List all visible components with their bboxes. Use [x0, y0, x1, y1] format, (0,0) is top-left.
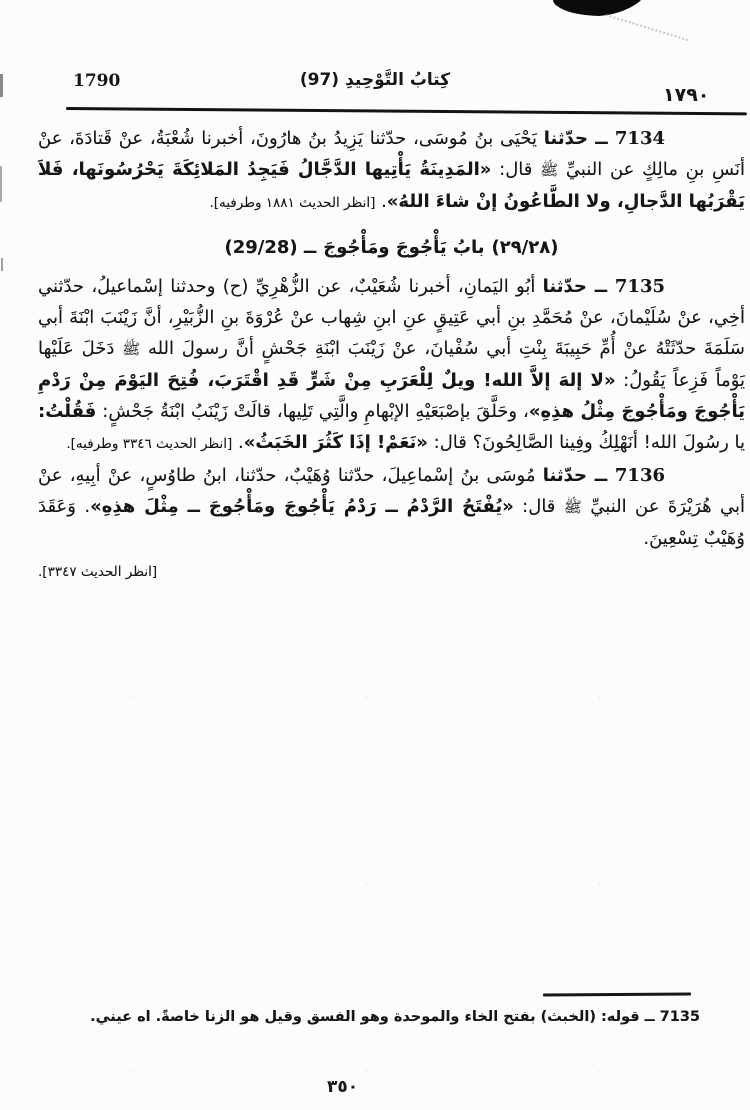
header-book-title: (97) كِتابُ التَّوْحِيدِ [0, 70, 750, 90]
dash: ــ [587, 276, 615, 297]
dash: ــ [588, 128, 615, 149]
header-rule [66, 107, 747, 115]
chapter-title: بابُ يَأْجُوجَ ومَأْجُوجَ [323, 232, 484, 263]
hadith-paragraph-7134: 7134 ــ حدّثنا يَحْيَى بنُ مُوسَى، حدّثن… [38, 123, 745, 219]
matn-text: «يُفْتَحُ الرَّدْمُ ــ رَدْمُ يَأْجُوجَ … [90, 496, 514, 517]
reference-text: [انظر الحديث ١٨٨١ وطرفيه]. [209, 195, 375, 211]
scan-edge-mark [0, 166, 2, 202]
isnad-text: حدّثنا [544, 128, 588, 149]
isnad-text: قال: [491, 159, 540, 180]
chapter-number-latin: (29/28) ــ [225, 232, 317, 263]
chapter-heading: (29/28) ــ بابُ يَأْجُوجَ ومَأْجُوجَ (٢٩… [38, 232, 745, 263]
saw-symbol: ﷺ [540, 161, 558, 179]
hadith-number: 7135 [615, 276, 665, 297]
matn-text: «نَعَمْ! إذَا كَثُرَ الخَبَثُ» [244, 432, 428, 453]
isnad-text: . [232, 432, 243, 453]
reference-line: [انظر الحديث ٣٣٤٧]. [38, 557, 745, 588]
saw-symbol: ﷺ [564, 498, 582, 516]
book-number: (97) [300, 70, 339, 90]
dash: ــ [587, 465, 615, 486]
isnad-text: قال: [514, 496, 564, 517]
footer-page-number: ٣٥٠ [327, 1077, 358, 1097]
isnad-text: ، وحَلَّقَ بإصْبَعَيْهِ الإبْهامِ والَّت… [96, 401, 529, 422]
header-page-number-arabic: ١٧٩٠ [663, 84, 709, 106]
saw-symbol: ﷺ [122, 340, 140, 358]
isnad-text: يا رسُولَ الله! أنَهْلِكُ وفِينا الصَّال… [428, 432, 745, 453]
book-title-text: كِتابُ التَّوْحِيدِ [345, 70, 450, 90]
isnad-text: حدّثنا [543, 276, 587, 297]
reference-text: [انظر الحديث ٣٣٤٦ وطرفيه]. [66, 436, 232, 452]
isnad-text: فَقُلْتُ: [38, 401, 96, 422]
chapter-number-arabic: (٢٩/٢٨) [491, 232, 558, 263]
hadith-paragraph-7135: 7135 ــ حدّثنا أبُو اليَمانِ، أخبرنا شُع… [38, 271, 745, 460]
body-text: 7134 ــ حدّثنا يَحْيَى بنُ مُوسَى، حدّثن… [38, 123, 745, 588]
hadith-number: 7136 [615, 465, 665, 486]
footnote-rule [543, 992, 691, 996]
scan-artifact-blob [551, 0, 641, 18]
footnote-text: 7135 ــ قوله: (الخبث) بفتح الخاء والموحد… [82, 1004, 700, 1030]
isnad-text: حدّثنا [543, 465, 587, 486]
hadith-paragraph-7136: 7136 ــ حدّثنا مُوسَى بنُ إسْماعِيلَ، حد… [38, 460, 745, 554]
scan-artifact-trail [605, 14, 688, 41]
scan-edge-mark [1, 258, 3, 271]
isnad-text: . [375, 191, 386, 212]
scanned-book-page: 1790 (97) كِتابُ التَّوْحِيدِ ١٧٩٠ 7134 … [0, 0, 750, 1110]
hadith-number: 7134 [615, 128, 665, 149]
